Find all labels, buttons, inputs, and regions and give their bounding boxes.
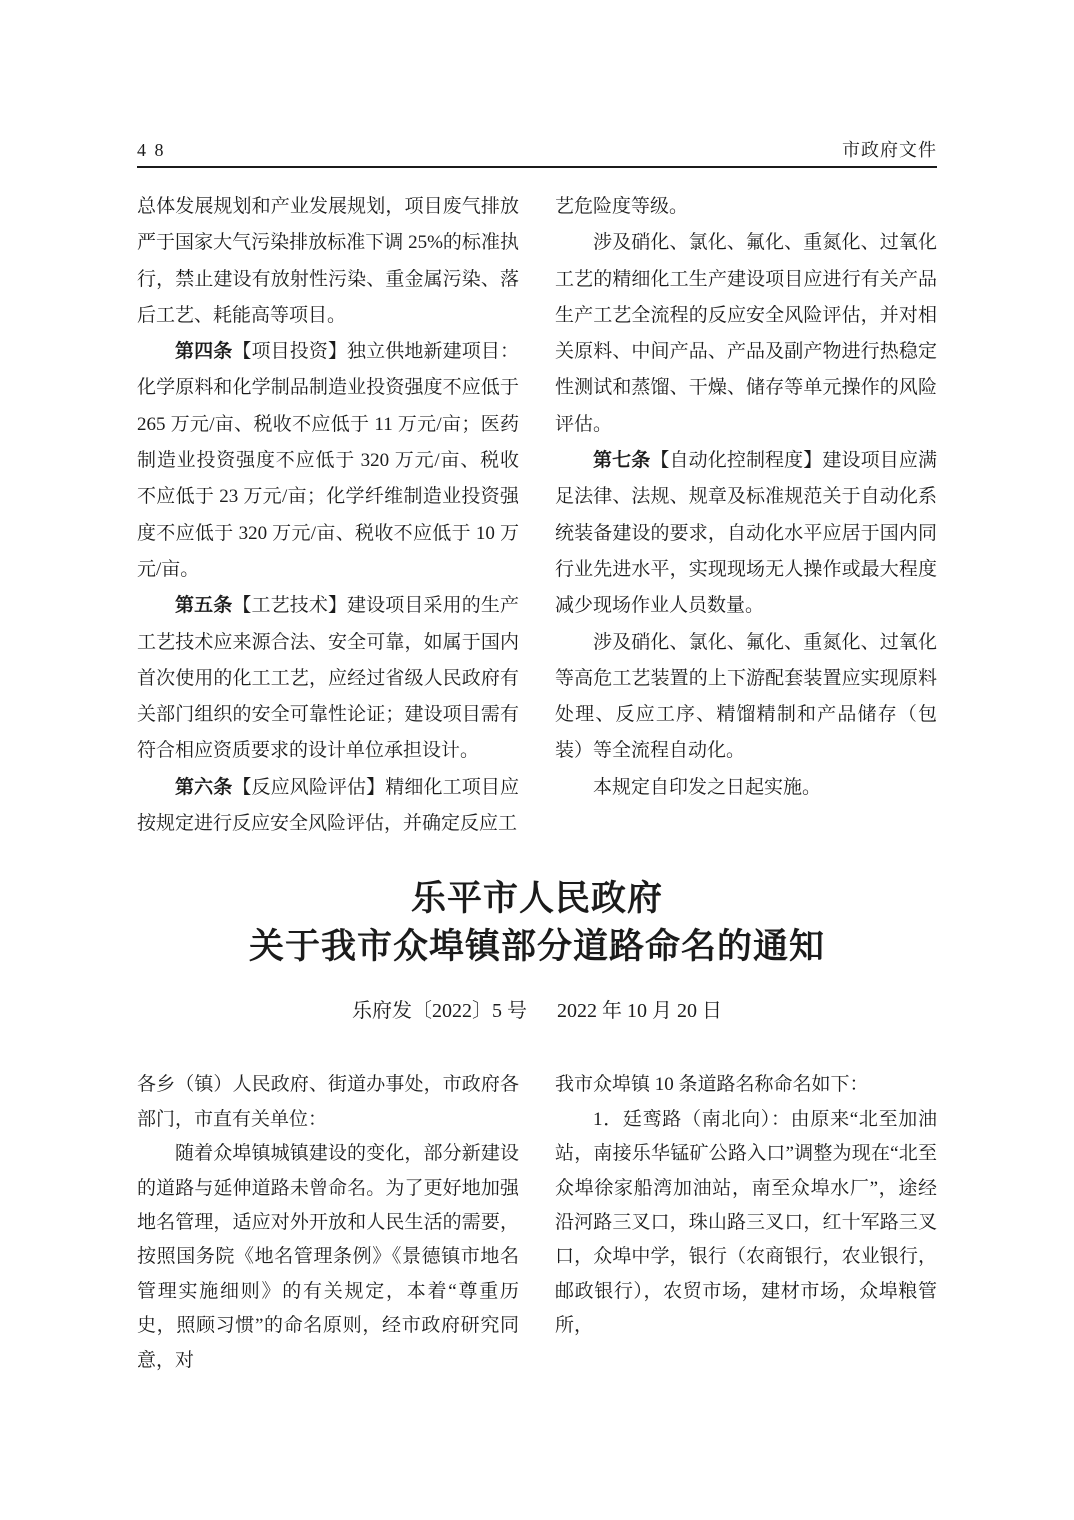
paragraph-text: 1．廷鸾路（南北向）：由原来“北至加油站，南接乐华锰矿公路入口”调整为现在“北至… (555, 1109, 937, 1336)
paragraph-text: 涉及硝化、氯化、氟化、重氮化、过氧化工艺的精细化工生产建设项目应进行有关产品生产… (555, 232, 937, 434)
paragraph: 随着众埠镇城镇建设的变化，部分新建设的道路与延伸道路未曾命名。为了更好地加强地名… (137, 1137, 519, 1378)
article-number-bold: 第五条 (175, 595, 232, 616)
paragraph-text: 涉及硝化、氯化、氟化、重氮化、过氧化等高危工艺装置的上下游配套装置应实现原料处理… (555, 632, 937, 762)
doc-meta: 乐府发〔2022〕5 号 2022 年 10 月 20 日 (137, 997, 937, 1025)
notice-title-line-1: 乐平市人民政府 (137, 875, 937, 923)
article-number-bold: 第四条 (175, 341, 232, 362)
paragraph-text: 【项目投资】独立供地新建项目：化学原料和化学制品制造业投资强度不应低于 265 … (137, 341, 519, 580)
page-content: 4 8 市政府文件 总体发展规划和产业发展规划，项目废气排放严于国家大气污染排放… (137, 0, 937, 1378)
paragraph-text: 随着众埠镇城镇建设的变化，部分新建设的道路与延伸道路未曾命名。为了更好地加强地名… (137, 1143, 519, 1370)
paragraph: 第六条【反应风险评估】精细化工项目应按规定进行反应安全风险评估，并确定反应工 (137, 770, 519, 843)
notice-body-section: 各乡（镇）人民政府、街道办事处，市政府各部门，市直有关单位： 随着众埠镇城镇建设… (137, 1068, 937, 1378)
paragraph: 涉及硝化、氯化、氟化、重氮化、过氧化工艺的精细化工生产建设项目应进行有关产品生产… (555, 225, 937, 443)
paragraph: 本规定自印发之日起实施。 (555, 770, 937, 806)
doc-number: 乐府发〔2022〕5 号 (352, 997, 527, 1025)
paragraph-text: 总体发展规划和产业发展规划，项目废气排放严于国家大气污染排放标准下调 25%的标… (137, 196, 519, 326)
notice-body-right-column: 我市众埠镇 10 条道路名称命名如下： 1．廷鸾路（南北向）：由原来“北至加油站… (555, 1068, 937, 1378)
paragraph: 第五条【工艺技术】建设项目采用的生产工艺技术应来源合法、安全可靠，如属于国内首次… (137, 588, 519, 769)
page-header: 4 8 市政府文件 (137, 0, 937, 168)
paragraph: 艺危险度等级。 (555, 189, 937, 225)
doc-type-label: 市政府文件 (842, 139, 937, 161)
notice-body-left-column: 各乡（镇）人民政府、街道办事处，市政府各部门，市直有关单位： 随着众埠镇城镇建设… (137, 1068, 519, 1378)
paragraph: 1．廷鸾路（南北向）：由原来“北至加油站，南接乐华锰矿公路入口”调整为现在“北至… (555, 1103, 937, 1344)
paragraph-text: 艺危险度等级。 (555, 196, 688, 217)
article-number-bold: 第七条 (593, 450, 650, 471)
article-section: 总体发展规划和产业发展规划，项目废气排放严于国家大气污染排放标准下调 25%的标… (137, 189, 937, 842)
paragraph: 第四条【项目投资】独立供地新建项目：化学原料和化学制品制造业投资强度不应低于 2… (137, 334, 519, 588)
paragraph: 涉及硝化、氯化、氟化、重氮化、过氧化等高危工艺装置的上下游配套装置应实现原料处理… (555, 625, 937, 770)
paragraph: 总体发展规划和产业发展规划，项目废气排放严于国家大气污染排放标准下调 25%的标… (137, 189, 519, 334)
paragraph-text: 【工艺技术】建设项目采用的生产工艺技术应来源合法、安全可靠，如属于国内首次使用的… (137, 595, 519, 761)
paragraph-text: 本规定自印发之日起实施。 (593, 777, 821, 798)
paragraph: 第七条【自动化控制程度】建设项目应满足法律、法规、规章及标准规范关于自动化系统装… (555, 443, 937, 624)
paragraph: 各乡（镇）人民政府、街道办事处，市政府各部门，市直有关单位： (137, 1068, 519, 1137)
page-number: 4 8 (137, 139, 166, 161)
article-left-column: 总体发展规划和产业发展规划，项目废气排放严于国家大气污染排放标准下调 25%的标… (137, 189, 519, 842)
notice-title: 乐平市人民政府 关于我市众埠镇部分道路命名的通知 (137, 875, 937, 971)
doc-date: 2022 年 10 月 20 日 (557, 997, 722, 1025)
notice-title-line-2: 关于我市众埠镇部分道路命名的通知 (137, 923, 937, 971)
paragraph-text: 我市众埠镇 10 条道路名称命名如下： (555, 1074, 869, 1095)
document-page: 4 8 市政府文件 总体发展规划和产业发展规划，项目废气排放严于国家大气污染排放… (0, 0, 1074, 1520)
article-number-bold: 第六条 (175, 777, 232, 798)
paragraph-text: 【自动化控制程度】建设项目应满足法律、法规、规章及标准规范关于自动化系统装备建设… (555, 450, 937, 616)
paragraph: 我市众埠镇 10 条道路名称命名如下： (555, 1068, 937, 1102)
article-right-column: 艺危险度等级。 涉及硝化、氯化、氟化、重氮化、过氧化工艺的精细化工生产建设项目应… (555, 189, 937, 842)
paragraph-text: 各乡（镇）人民政府、街道办事处，市政府各部门，市直有关单位： (137, 1074, 519, 1129)
